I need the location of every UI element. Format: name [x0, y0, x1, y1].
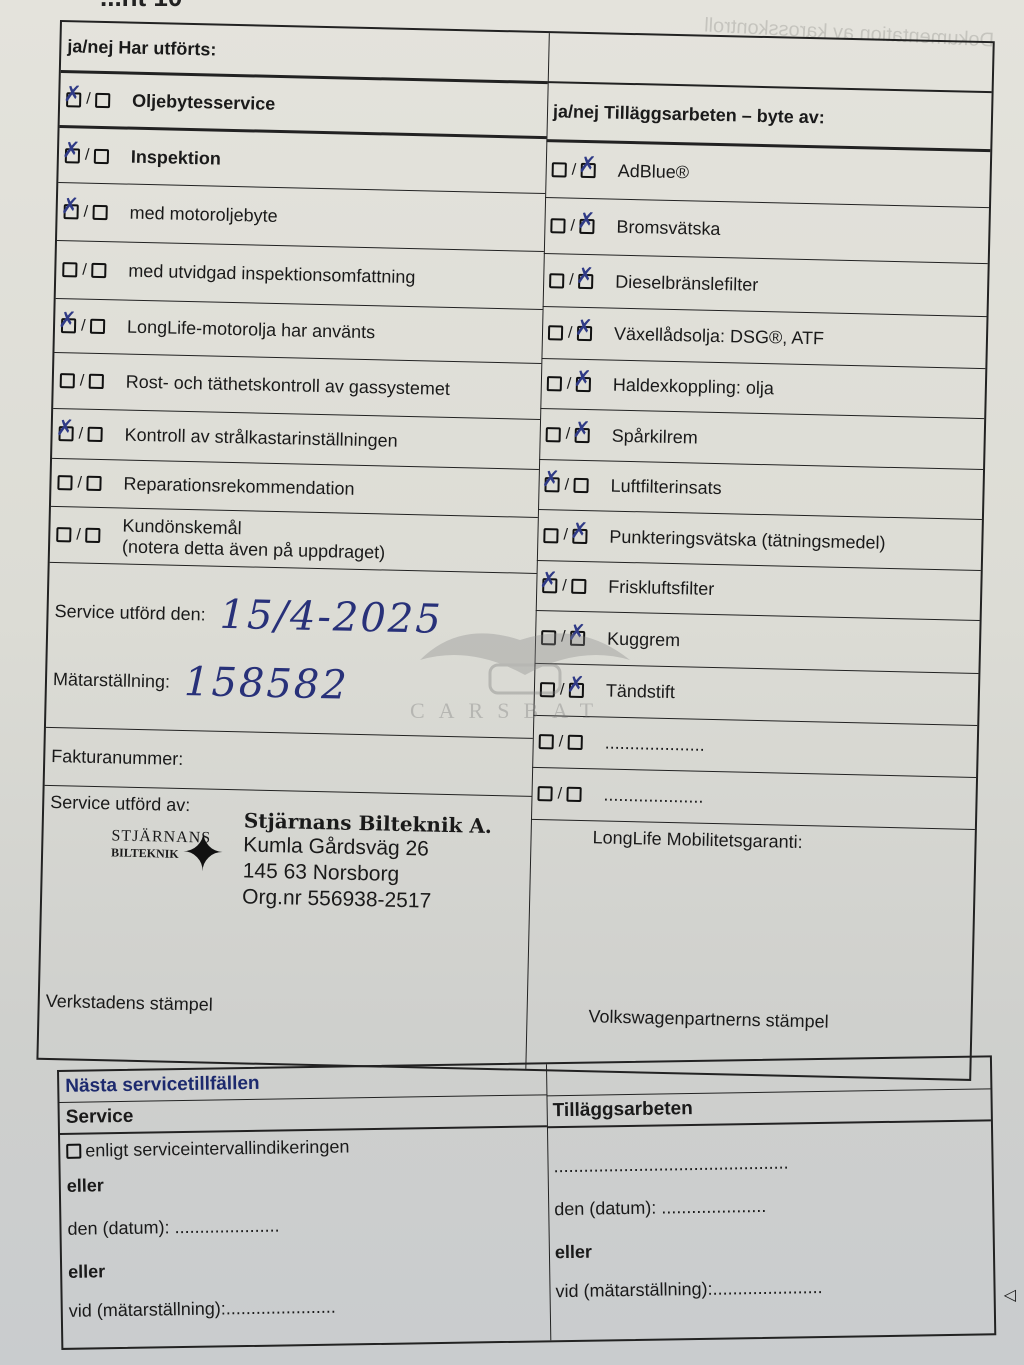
nej-checkbox[interactable]: [92, 263, 107, 278]
invoice-label: Fakturanummer:: [51, 746, 183, 770]
interval-option: enligt serviceintervallindikeringen: [60, 1133, 547, 1162]
item-label: Växellådsolja: DSG®, ATF: [614, 324, 824, 350]
item-label-text: Växellådsolja: DSG®, ATF: [614, 324, 824, 349]
handwritten-check-icon: ✗: [63, 84, 82, 106]
additional-item: /✗AdBlue®: [545, 142, 990, 208]
item-label-text: LongLife-motorolja har använts: [127, 317, 376, 343]
service-document-page: ...nt 10 Dokumentation av karosskontroll…: [0, 0, 1024, 1365]
or-text-2: eller: [62, 1254, 549, 1283]
handwritten-check-icon: ✗: [541, 469, 560, 491]
nej-checkbox[interactable]: [95, 92, 110, 107]
next-additional-blank-line[interactable]: ........................................…: [547, 1149, 991, 1177]
nej-checkbox[interactable]: [572, 579, 587, 594]
slash-separator: /: [566, 426, 571, 444]
nej-checkbox[interactable]: ✗: [580, 219, 595, 234]
ja-nej-checkboxes: ✗/: [61, 317, 123, 336]
ja-checkbox[interactable]: [548, 325, 563, 340]
ja-nej-checkboxes: /✗: [552, 161, 614, 180]
nej-checkbox[interactable]: [574, 478, 589, 493]
ja-checkbox[interactable]: ✗: [58, 426, 73, 441]
item-label-text: Reparationsrekommendation: [123, 474, 355, 499]
slash-separator: /: [80, 372, 85, 390]
item-label-text: ....................: [603, 785, 703, 807]
item-label: Luftfilterinsats: [610, 476, 722, 500]
item-label: Tändstift: [606, 681, 675, 704]
ja-nej-checkboxes: /: [56, 526, 118, 545]
handwritten-check-icon: ✗: [566, 675, 585, 697]
or-text-1: eller: [61, 1168, 548, 1197]
nej-checkbox[interactable]: ✗: [570, 630, 585, 645]
ja-nej-checkboxes: ✗/: [544, 476, 606, 495]
item-label: Inspektion: [131, 146, 221, 169]
ja-checkbox[interactable]: ✗: [65, 148, 80, 163]
additional-column: ja/nej Tilläggsarbeten – byte av: /✗AdBl…: [525, 33, 992, 1079]
service-record-table: ja/nej Har utförts: ✗/Oljebytesservice✗/…: [36, 20, 994, 1081]
handwritten-check-icon: ✗: [55, 418, 74, 440]
slash-separator: /: [561, 629, 566, 647]
ja-checkbox[interactable]: ✗: [542, 578, 557, 593]
item-label: med utvidgad inspektionsomfattning: [128, 261, 416, 289]
slash-separator: /: [560, 681, 565, 699]
item-label-text: Kontroll av strålkastarinställningen: [124, 425, 398, 451]
workshop-logo: STJÄRNANS BILTEKNIK ✦: [110, 827, 231, 890]
nej-checkbox[interactable]: ✗: [569, 683, 584, 698]
service-info-block: Service utförd den: 15/4-2025 Mätarställ…: [46, 563, 537, 739]
item-label: Friskluftsfilter: [608, 577, 714, 600]
ja-checkbox[interactable]: [62, 262, 77, 277]
ja-nej-checkboxes: /: [60, 372, 122, 391]
item-label-text: ....................: [605, 733, 705, 755]
interval-option-label: enligt serviceintervallindikeringen: [85, 1136, 349, 1161]
ja-checkbox[interactable]: ✗: [66, 92, 81, 107]
ja-checkbox[interactable]: [540, 682, 555, 697]
slash-separator: /: [83, 203, 88, 221]
ja-nej-checkboxes: ✗/: [58, 425, 120, 444]
ja-checkbox[interactable]: [547, 376, 562, 391]
ja-checkbox[interactable]: [56, 527, 71, 542]
nej-checkbox[interactable]: [93, 205, 108, 220]
page-arrow-icon: ◁: [1004, 1285, 1016, 1305]
item-label-text: Dieselbränslefilter: [615, 271, 758, 294]
item-label: Haldexkoppling: olja: [613, 375, 775, 400]
interval-checkbox[interactable]: [66, 1144, 81, 1159]
slash-separator: /: [77, 474, 82, 492]
nej-checkbox[interactable]: [88, 427, 103, 442]
next-service-column: Nästa servicetillfällen Service enligt s…: [59, 1064, 551, 1348]
handwritten-check-icon: ✗: [58, 310, 77, 332]
ja-checkbox[interactable]: [546, 427, 561, 442]
ja-nej-checkboxes: /✗: [546, 425, 608, 444]
guarantee-label: LongLife Mobilitetsgaranti:: [592, 827, 803, 853]
item-label: Kuggrem: [607, 628, 681, 651]
ja-nej-checkboxes: /✗: [547, 375, 609, 394]
slash-separator: /: [85, 147, 90, 165]
slash-separator: /: [569, 272, 574, 290]
item-label-text: AdBlue®: [617, 161, 689, 183]
nej-checkbox[interactable]: [90, 319, 105, 334]
item-label: Kundönskemål(notera detta även på uppdra…: [122, 515, 386, 563]
handwritten-check-icon: ✗: [570, 520, 589, 542]
item-label: Kontroll av strålkastarinställningen: [124, 425, 398, 452]
item-label-text: Kuggrem: [607, 628, 680, 650]
odometer-value[interactable]: 158582: [184, 659, 350, 709]
ja-nej-checkboxes: ✗/: [542, 577, 604, 596]
additional-header: ja/nej Tilläggsarbeten – byte av:: [546, 81, 991, 152]
item-label-text: med motoroljebyte: [129, 203, 277, 226]
next-additional-date-line[interactable]: den (datum): .....................: [548, 1192, 992, 1220]
cut-off-page-title: ...nt 10: [100, 0, 182, 13]
item-label-text: Haldexkoppling: olja: [613, 375, 775, 399]
workshop-stamp-caption: Verkstadens stämpel: [45, 991, 213, 1016]
ja-nej-checkboxes: /✗: [540, 681, 602, 700]
slash-separator: /: [564, 476, 569, 494]
item-label-text: Oljebytesservice: [132, 90, 276, 113]
ja-checkbox[interactable]: ✗: [63, 204, 78, 219]
additional-list: /✗AdBlue®/✗Bromsvätska/✗Dieselbränslefil…: [531, 142, 990, 830]
nej-checkbox[interactable]: [568, 735, 583, 750]
slash-separator: /: [76, 526, 81, 544]
item-label: Reparationsrekommendation: [123, 474, 355, 500]
item-label: Spårkilrem: [611, 425, 697, 448]
item-label: ....................: [603, 785, 703, 808]
nej-checkbox[interactable]: [86, 528, 101, 543]
nej-checkbox[interactable]: ✗: [573, 528, 588, 543]
slash-separator: /: [78, 425, 83, 443]
slash-separator: /: [572, 161, 577, 179]
item-label: ....................: [604, 733, 704, 756]
next-service-table: Nästa servicetillfällen Service enligt s…: [57, 1055, 996, 1350]
next-additional-column: Tilläggsarbeten ........................…: [546, 1057, 994, 1340]
ja-nej-checkboxes: /✗: [549, 271, 611, 290]
slash-separator: /: [82, 261, 87, 279]
nej-checkbox[interactable]: [89, 374, 104, 389]
service-date-value[interactable]: 15/4-2025: [219, 592, 443, 643]
ja-nej-checkboxes: /: [537, 785, 599, 804]
partner-stamp-caption: Volkswagenpartnerns stämpel: [588, 1006, 829, 1032]
slash-separator: /: [568, 324, 573, 342]
next-service-date-line[interactable]: den (datum): .....................: [61, 1211, 548, 1240]
ja-nej-checkboxes: /✗: [543, 526, 605, 545]
nej-checkbox[interactable]: ✗: [581, 163, 596, 178]
item-label-text: Punkteringsvätska (tätningsmedel): [609, 526, 886, 552]
service-date-label: Service utförd den:: [54, 601, 206, 625]
item-label-text: Rost- och täthetskontroll av gassystemet: [126, 372, 451, 399]
handwritten-check-icon: ✗: [576, 265, 595, 287]
performed-list: ✗/Oljebytesservice✗/Inspektion✗/med moto…: [50, 73, 548, 574]
handwritten-check-icon: ✗: [572, 419, 591, 441]
ja-checkbox[interactable]: ✗: [544, 477, 559, 492]
slash-separator: /: [562, 577, 567, 595]
odometer-row: Mätarställning: 158582: [53, 656, 350, 709]
slash-separator: /: [567, 375, 572, 393]
ja-checkbox[interactable]: [537, 786, 552, 801]
handwritten-check-icon: ✗: [61, 196, 80, 218]
next-service-odometer-line[interactable]: vid (mätarställning):...................…: [63, 1293, 550, 1322]
slash-separator: /: [570, 217, 575, 235]
nej-checkbox[interactable]: ✗: [575, 427, 590, 442]
nej-checkbox[interactable]: [87, 476, 102, 491]
nej-checkbox[interactable]: [567, 787, 582, 802]
item-label-text: Spårkilrem: [611, 425, 697, 447]
item-label: Punkteringsvätska (tätningsmedel): [609, 526, 886, 553]
ja-checkbox[interactable]: ✗: [61, 318, 76, 333]
ja-checkbox[interactable]: [541, 630, 556, 645]
handwritten-check-icon: ✗: [567, 622, 586, 644]
handwritten-check-icon: ✗: [574, 318, 593, 340]
odometer-label: Mätarställning:: [53, 669, 171, 693]
ja-nej-checkboxes: /: [62, 261, 124, 280]
slash-separator: /: [563, 527, 568, 545]
ja-checkbox[interactable]: [57, 475, 72, 490]
item-label-text: Friskluftsfilter: [608, 577, 714, 599]
handwritten-check-icon: ✗: [577, 211, 596, 233]
next-service-header: Service: [60, 1095, 547, 1135]
slash-separator: /: [557, 785, 562, 803]
nej-checkbox[interactable]: ✗: [578, 273, 593, 288]
item-sublabel: (notera detta även på uppdraget): [122, 536, 386, 562]
performed-column: ja/nej Har utförts: ✗/Oljebytesservice✗/…: [38, 22, 549, 1069]
item-label: Bromsvätska: [616, 217, 720, 240]
slash-separator: /: [81, 317, 86, 335]
slash-separator: /: [86, 91, 91, 109]
handwritten-check-icon: ✗: [539, 570, 558, 592]
star-logo-icon: ✦: [180, 823, 225, 884]
nej-checkbox[interactable]: [94, 148, 109, 163]
item-label: Oljebytesservice: [132, 90, 276, 114]
ja-checkbox[interactable]: [543, 528, 558, 543]
next-additional-header: Tilläggsarbeten: [546, 1089, 990, 1128]
item-label-text: Tändstift: [606, 681, 675, 703]
service-date-row: Service utförd den: 15/4-2025: [54, 588, 443, 643]
ja-nej-checkboxes: ✗/: [66, 90, 128, 109]
item-label: Rost- och täthetskontroll av gassystemet: [126, 372, 451, 400]
handwritten-check-icon: ✗: [573, 369, 592, 391]
ja-nej-checkboxes: /✗: [541, 628, 603, 647]
partner-block: LongLife Mobilitetsgaranti: Volkswagenpa…: [526, 820, 975, 1040]
ja-checkbox[interactable]: [550, 218, 565, 233]
additional-item: /✗Bromsvätska: [544, 198, 989, 264]
next-additional-or: eller: [549, 1235, 993, 1263]
workshop-label: Service utförd av:: [50, 792, 191, 816]
item-label-text: Kundönskemål: [122, 515, 242, 538]
item-label: Dieselbränslefilter: [615, 271, 759, 295]
item-label-text: Inspektion: [131, 146, 221, 168]
next-additional-odometer-line[interactable]: vid (mätarställning):...................…: [549, 1274, 993, 1302]
item-label-text: med utvidgad inspektionsomfattning: [128, 261, 416, 288]
item-label: med motoroljebyte: [129, 203, 278, 227]
item-label: LongLife-motorolja har använts: [127, 317, 376, 344]
nej-checkbox[interactable]: ✗: [576, 377, 591, 392]
nej-checkbox[interactable]: ✗: [577, 326, 592, 341]
handwritten-check-icon: ✗: [578, 155, 597, 177]
workshop-stamp: Stjärnans Bilteknik A. Kumla Gårdsväg 26…: [242, 808, 492, 916]
ja-checkbox[interactable]: [549, 273, 564, 288]
item-label-text: Luftfilterinsats: [610, 476, 721, 499]
ja-checkbox[interactable]: [552, 162, 567, 177]
ja-nej-checkboxes: ✗/: [63, 203, 125, 222]
ja-nej-checkboxes: /✗: [548, 324, 610, 343]
handwritten-check-icon: ✗: [62, 140, 81, 162]
item-label-text: Bromsvätska: [616, 217, 720, 239]
ja-nej-checkboxes: /: [57, 474, 119, 493]
workshop-block: Service utförd av: STJÄRNANS BILTEKNIK ✦…: [39, 786, 531, 1027]
ja-checkbox[interactable]: [60, 373, 75, 388]
stamp-org-number: Org.nr 556938-2517: [242, 884, 491, 916]
slash-separator: /: [559, 733, 564, 751]
ja-nej-checkboxes: /: [539, 733, 601, 752]
ja-checkbox[interactable]: [539, 734, 554, 749]
ja-nej-checkboxes: ✗/: [65, 146, 127, 165]
item-label: AdBlue®: [617, 161, 689, 184]
ja-nej-checkboxes: /✗: [550, 217, 612, 236]
